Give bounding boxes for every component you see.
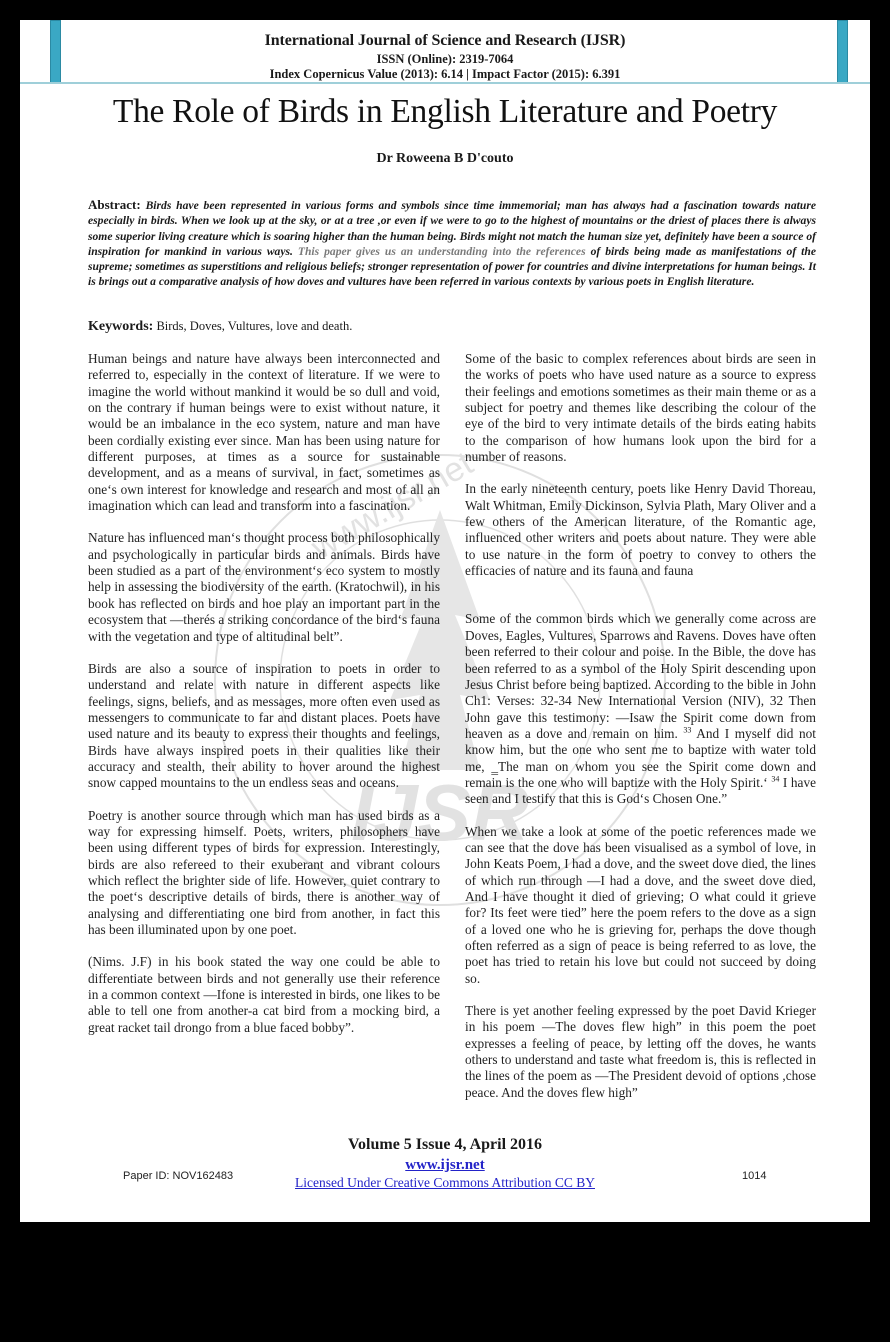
abstract: Abstract: Birds have been represented in… (88, 197, 816, 290)
body-column-right: Some of the basic to complex references … (465, 351, 816, 1101)
body-column-left: Human beings and nature have always been… (88, 351, 440, 1036)
paragraph: (Nims. J.F) in his book stated the way o… (88, 954, 440, 1036)
paragraph: Poetry is another source through which m… (88, 808, 440, 939)
paragraph: In the early nineteenth century, poets l… (465, 481, 816, 579)
keywords-label: Keywords: (88, 319, 153, 334)
paragraph-bible: Some of the common birds which we genera… (465, 611, 816, 807)
paper-author: Dr Roweena B D'couto (20, 151, 870, 167)
paper-title: The Role of Birds in English Literature … (20, 93, 870, 131)
paragraph: There is yet another feeling expressed b… (465, 1003, 816, 1101)
paragraph: Some of the basic to complex references … (465, 351, 816, 465)
journal-name: International Journal of Science and Res… (20, 32, 870, 50)
keywords: Keywords: Birds, Doves, Vultures, love a… (88, 319, 816, 335)
document-page: International Journal of Science and Res… (20, 20, 870, 1222)
footer-page-number: 1014 (742, 1170, 766, 1182)
footer-paper-id: Paper ID: NOV162483 (123, 1170, 233, 1182)
paragraph: When we take a look at some of the poeti… (465, 824, 816, 987)
journal-index: Index Copernicus Value (2013): 6.14 | Im… (20, 67, 870, 82)
header-divider (20, 82, 870, 84)
bible-text-a: Some of the common birds which we genera… (465, 611, 816, 740)
paragraph: Human beings and nature have always been… (88, 351, 440, 514)
footer-volume: Volume 5 Issue 4, April 2016 (20, 1136, 870, 1154)
abstract-label: Abstract: (88, 197, 141, 212)
abstract-text-muted: This paper gives us an understanding int… (298, 245, 586, 258)
journal-issn: ISSN (Online): 2319-7064 (20, 52, 870, 67)
paragraph: Birds are also a source of inspiration t… (88, 661, 440, 792)
paragraph: Nature has influenced man‘s thought proc… (88, 530, 440, 644)
keywords-text: Birds, Doves, Vultures, love and death. (156, 319, 352, 333)
